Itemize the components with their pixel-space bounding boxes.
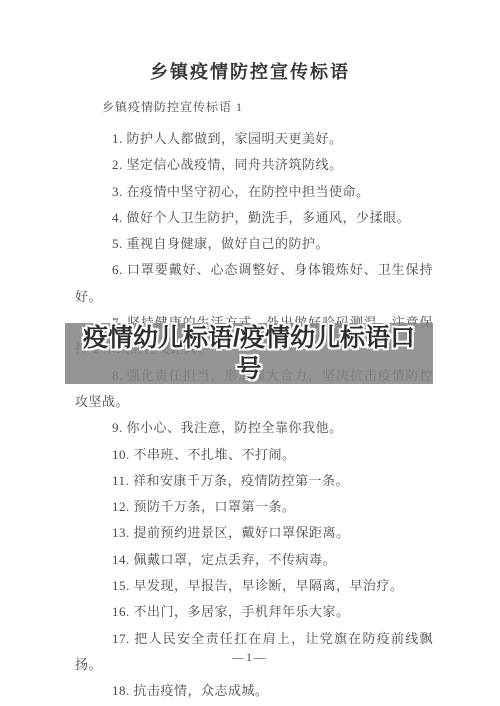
slogan-list: 1. 防护人人都做到，家园明天更美好。 2. 坚定信心战疫情，同舟共济筑防线。 …: [75, 126, 433, 705]
slogan-item: 9. 你小心、我注意，防控全靠你我他。: [75, 415, 433, 441]
slogan-item: 2. 坚定信心战疫情，同舟共济筑防线。: [75, 152, 433, 178]
slogan-item: 5. 重视自身健康，做好自己的防护。: [75, 231, 433, 257]
slogan-item: 18. 抗击疫情，众志成城。: [75, 678, 433, 704]
page-number: —1—: [0, 650, 500, 665]
slogan-item: 4. 做好个人卫生防护，勤洗手，多通风，少揉眼。: [75, 205, 433, 231]
slogan-item: 12. 预防千万条，口罩第一条。: [75, 494, 433, 520]
slogan-item: 16. 不出门，多居家，手机拜年乐大家。: [75, 599, 433, 625]
slogan-item: 3. 在疫情中坚守初心，在防控中担当使命。: [75, 179, 433, 205]
slogan-item: 15. 早发现，早报告，早诊断，早隔离，早治疗。: [75, 573, 433, 599]
slogan-item: 6. 口罩要戴好、心态调整好、身体锻炼好、卫生保持好。: [75, 257, 433, 310]
slogan-item: 13. 提前预约进景区，戴好口罩保距离。: [75, 520, 433, 546]
watermark-title: 疫情幼儿标语/疫情幼儿标语口号: [74, 321, 424, 387]
slogan-item: 14. 佩戴口罩，定点丢弃，不传病毒。: [75, 547, 433, 573]
slogan-item: 11. 祥和安康千万条，疫情防控第一条。: [75, 468, 433, 494]
document-title: 乡镇疫情防控宣传标语: [0, 58, 500, 84]
document-subtitle: 乡镇疫情防控宣传标语 1: [102, 98, 243, 115]
slogan-item: 1. 防护人人都做到，家园明天更美好。: [75, 126, 433, 152]
slogan-item: 10. 不串班、不扎堆、不打闹。: [75, 442, 433, 468]
document-page: 乡镇疫情防控宣传标语 乡镇疫情防控宣传标语 1 1. 防护人人都做到，家园明天更…: [0, 0, 500, 706]
